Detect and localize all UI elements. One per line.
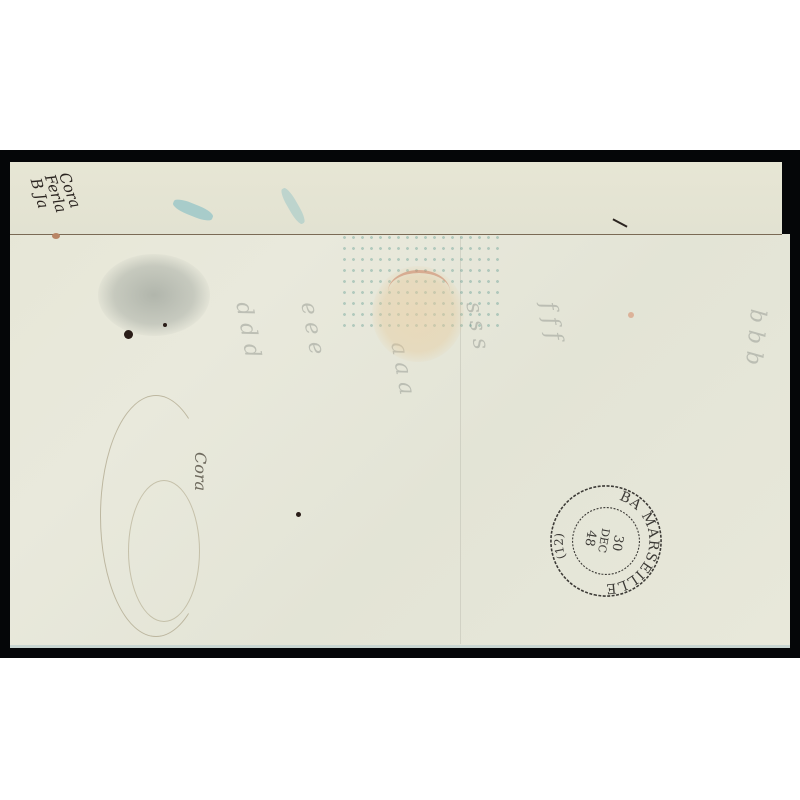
paper-hole [124, 330, 133, 339]
orange-seal-arc [388, 270, 450, 313]
rust-spot [628, 312, 634, 318]
pencil-flourish [128, 480, 200, 622]
paper-hole [163, 323, 167, 327]
rust-spot [52, 233, 60, 239]
pencil-annotation: Cora [191, 452, 210, 491]
grey-wax-seal [98, 254, 210, 336]
marseille-postmark: BA MARSEILLE (12) 30 DEC 48 [547, 482, 665, 600]
letter-top-flap [10, 162, 782, 235]
svg-text:48: 48 [581, 529, 599, 548]
sheet-bottom-edge [10, 645, 790, 648]
flap-right-notch [782, 162, 790, 234]
paper-hole [296, 512, 301, 517]
faint-script: b b b [740, 308, 770, 366]
